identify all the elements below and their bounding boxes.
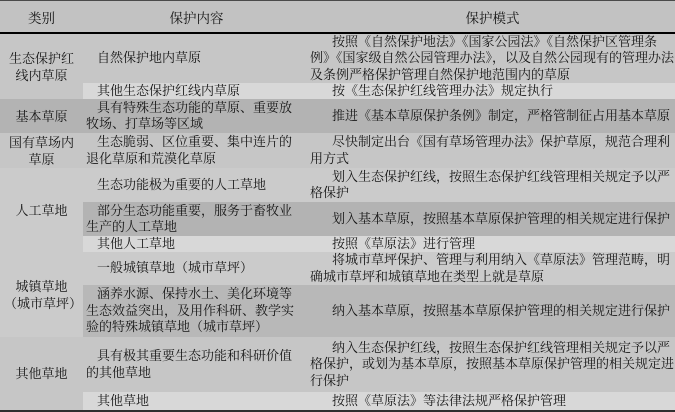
- content-cell: 具有极其重要生态功能和科研价值的其他草地: [86, 348, 296, 381]
- mode-cell: 按《生态保护红线管理办法》规定执行: [310, 83, 675, 99]
- content-cell: 生态功能极为重要的人工草地: [86, 177, 296, 194]
- content-cell: 自然保护地内草原: [86, 50, 296, 67]
- category-cell: 国有草场内草原: [0, 133, 83, 168]
- category-cell: 生态保护红线内草原: [0, 34, 83, 99]
- table-row: 具有极其重要生态功能和科研价值的其他草地 纳入生态保护红线，按照生态保护红线管理…: [83, 337, 675, 392]
- mode-cell: 划入基本草原，按照基本草原保护管理的相关规定进行保护: [310, 211, 675, 228]
- header-cell-content: 保护内容: [83, 1, 310, 32]
- content-cell: 部分生态功能重要，服务于畜牧业生产的人工草地: [86, 203, 296, 236]
- table-row: 具有特殊生态功能的草原、重要放牧场、打草场等区域 推进《基本草原保护条例》制定，…: [83, 99, 675, 133]
- mode-cell: 纳入基本草原，按照基本草原保护管理的相关规定进行保护: [310, 303, 675, 320]
- table-row: 其他生态保护红线内草原 按《生态保护红线管理办法》规定执行: [83, 83, 675, 99]
- content-cell: 其他生态保护红线内草原: [86, 83, 296, 99]
- mode-cell: 将城市草坪保护、管理与利用纳入《草原法》管理范畴，明确城市草坪和城镇草地在类型上…: [310, 252, 675, 285]
- mode-cell: 按照《草原法》进行管理: [310, 236, 675, 252]
- grassland-protection-table: 类别 保护内容 保护模式 生态保护红线内草原 自然保护地内草原 按照《自然保护地…: [0, 0, 675, 412]
- table-row: 其他草地 按照《草原法》等法律法规严格保护管理: [83, 392, 675, 410]
- mode-cell: 推进《基本草原保护条例》制定，严格管制征占用基本草原: [310, 108, 675, 125]
- category-cell: 基本草原: [0, 99, 83, 133]
- table-row: 生态脆弱、区位重要、集中连片的退化草原和荒漠化草原 尽快制定出台《国有草场管理办…: [83, 133, 675, 168]
- row-group-eco-redline: 生态保护红线内草原 自然保护地内草原 按照《自然保护地法》《国家公园法》《自然保…: [0, 34, 675, 99]
- header-cell-category: 类别: [0, 1, 83, 32]
- category-cell: 其他草地: [0, 337, 83, 410]
- row-group-urban: 城镇草地（城市草坪） 一般城镇草地（城市草坪） 将城市草坪保护、管理与利用纳入《…: [0, 252, 675, 337]
- content-cell: 一般城镇草地（城市草坪）: [86, 260, 296, 277]
- row-group-state-owned: 国有草场内草原 生态脆弱、区位重要、集中连片的退化草原和荒漠化草原 尽快制定出台…: [0, 133, 675, 168]
- category-cell: 人工草地: [0, 168, 83, 252]
- mode-cell: 按照《自然保护地法》《国家公园法》《自然保护区管理条例》《国家级自然公园管理办法…: [310, 34, 675, 83]
- table-row: 生态功能极为重要的人工草地 划入生态保护红线，按照生态保护红线管理相关规定予以严…: [83, 168, 675, 202]
- table-row: 其他人工草地 按照《草原法》进行管理: [83, 236, 675, 252]
- category-cell: 城镇草地（城市草坪）: [0, 252, 83, 337]
- table-row: 自然保护地内草原 按照《自然保护地法》《国家公园法》《自然保护区管理条例》《国家…: [83, 34, 675, 83]
- content-cell: 生态脆弱、区位重要、集中连片的退化草原和荒漠化草原: [86, 134, 296, 167]
- table-row: 一般城镇草地（城市草坪） 将城市草坪保护、管理与利用纳入《草原法》管理范畴，明确…: [83, 252, 675, 285]
- table-row: 部分生态功能重要，服务于畜牧业生产的人工草地 划入基本草原，按照基本草原保护管理…: [83, 202, 675, 236]
- row-group-artificial: 人工草地 生态功能极为重要的人工草地 划入生态保护红线，按照生态保护红线管理相关…: [0, 168, 675, 252]
- table-row: 涵养水源、保持水土、美化环境等生态效益突出，及用作科研、教学实验的特殊城镇草地（…: [83, 285, 675, 337]
- header-cell-mode: 保护模式: [310, 1, 675, 32]
- content-cell: 具有特殊生态功能的草原、重要放牧场、打草场等区域: [86, 100, 296, 133]
- table-header: 类别 保护内容 保护模式: [0, 1, 675, 32]
- mode-cell: 划入生态保护红线，按照生态保护红线管理相关规定予以严格保护: [310, 169, 675, 202]
- mode-cell: 按照《草原法》等法律法规严格保护管理: [310, 393, 675, 410]
- row-group-other: 其他草地 具有极其重要生态功能和科研价值的其他草地 纳入生态保护红线，按照生态保…: [0, 337, 675, 410]
- mode-cell: 纳入生态保护红线，按照生态保护红线管理相关规定予以严格保护，或划为基本草原，按照…: [310, 340, 675, 390]
- content-cell: 其他草地: [86, 393, 296, 410]
- content-cell: 其他人工草地: [86, 236, 296, 252]
- mode-cell: 尽快制定出台《国有草场管理办法》保护草原，规范合理利用方式: [310, 134, 675, 167]
- content-cell: 涵养水源、保持水土、美化环境等生态效益突出，及用作科研、教学实验的特殊城镇草地（…: [86, 286, 296, 336]
- row-group-basic-grassland: 基本草原 具有特殊生态功能的草原、重要放牧场、打草场等区域 推进《基本草原保护条…: [0, 99, 675, 133]
